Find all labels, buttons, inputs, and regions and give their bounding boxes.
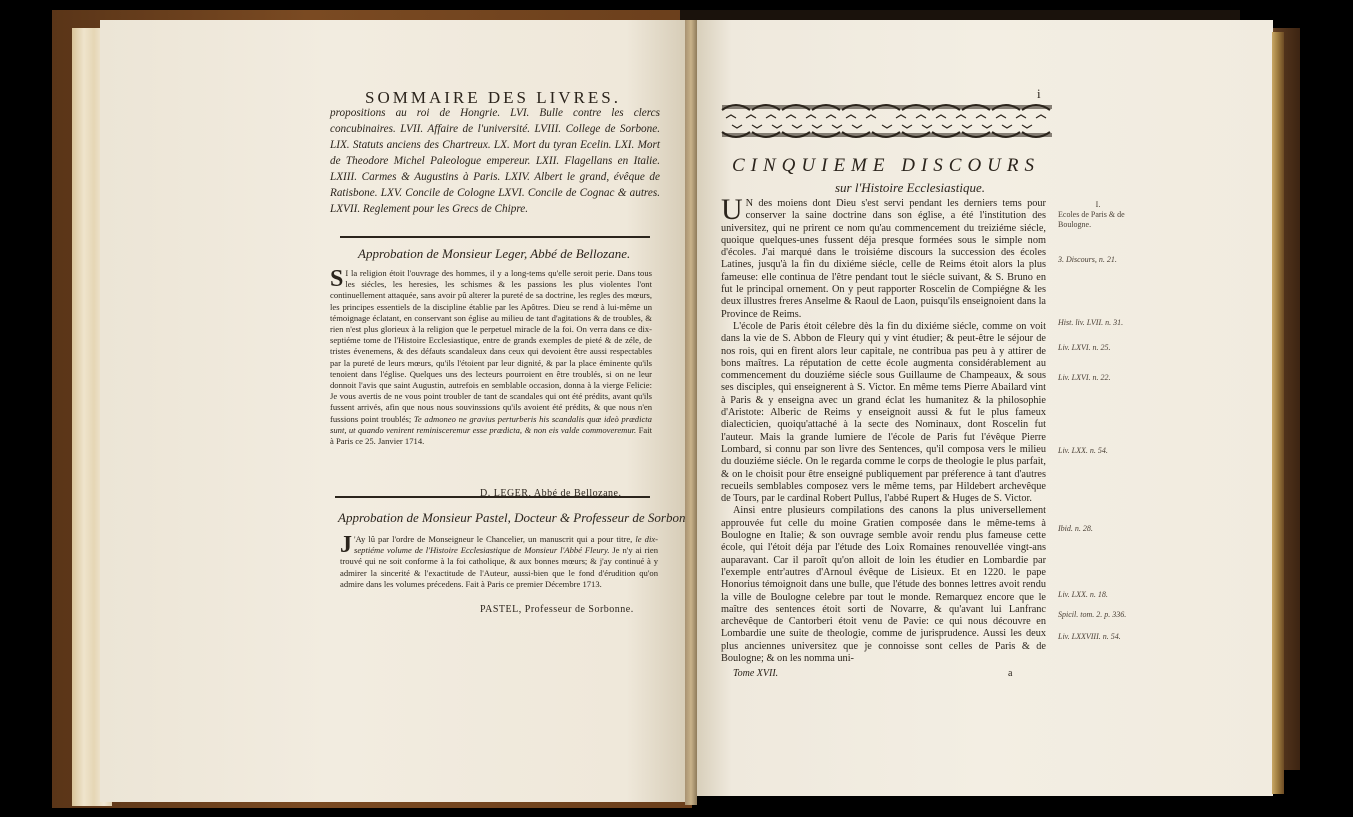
ornament-headpiece-icon (720, 100, 1055, 142)
margin-note: Liv. LXVI. n. 22. (1058, 373, 1153, 383)
margin-note: Liv. LXX. n. 54. (1058, 446, 1153, 456)
approbation-1-title: Approbation de Monsieur Leger, Abbé de B… (358, 246, 630, 262)
dropcap: S (330, 269, 343, 289)
margin-note: 3. Discours, n. 21. (1058, 255, 1153, 265)
approbation-2-body: J'Ay lû par l'ordre de Monseigneur le Ch… (340, 534, 658, 590)
paragraph: Ainsi entre plusieurs compilations des c… (721, 505, 1046, 665)
divider-rule (335, 496, 650, 498)
page-footer: Tome XVII. a (733, 668, 1033, 679)
margin-note: I. (1058, 200, 1138, 210)
margin-note: Ecoles de Paris & de Boulogne. (1058, 210, 1153, 230)
margin-note: Liv. LXXVIII. n. 54. (1058, 632, 1153, 642)
approbation-2-title: Approbation de Monsieur Pastel, Docteur … (338, 510, 701, 526)
approbation-2-signature: PASTEL, Professeur de Sorbonne. (480, 604, 634, 615)
approbation-1-text: I la religion étoit l'ouvrage des hommes… (330, 268, 652, 424)
chapter-title: CINQUIEME DISCOURS (732, 155, 1062, 177)
summary-text: propositions au roi de Hongrie. LVI. Bul… (330, 105, 660, 217)
margin-note: Ibid. n. 28. (1058, 524, 1153, 534)
dropcap: U (721, 198, 743, 222)
divider-rule (340, 236, 650, 238)
discourse-body: UN des moiens dont Dieu s'est servi pend… (721, 198, 1046, 665)
chapter-subtitle: sur l'Histoire Ecclesiastique. (810, 180, 1010, 196)
book-gutter (685, 20, 697, 805)
page-stack-right (1272, 32, 1284, 794)
dropcap: J (340, 535, 352, 555)
tome-label: Tome XVII. (733, 668, 778, 679)
margin-note: Spicil. tom. 2. p. 336. (1058, 610, 1153, 620)
margin-note: Hist. liv. LVII. n. 31. (1058, 318, 1153, 328)
margin-note: Liv. LXVI. n. 25. (1058, 343, 1153, 353)
paragraph: L'école de Paris étoit célebre dès la fi… (721, 321, 1046, 505)
approbation-1-body: SI la religion étoit l'ouvrage des homme… (330, 268, 652, 447)
paragraph-text: N des moiens dont Dieu s'est servi penda… (721, 198, 1046, 320)
paragraph: UN des moiens dont Dieu s'est servi pend… (721, 198, 1046, 321)
signature-mark: a (1008, 668, 1012, 679)
approbation-2-text: 'Ay lû par l'ordre de Monseigneur le Cha… (354, 534, 632, 544)
margin-note: Liv. LXX. n. 18. (1058, 590, 1153, 600)
